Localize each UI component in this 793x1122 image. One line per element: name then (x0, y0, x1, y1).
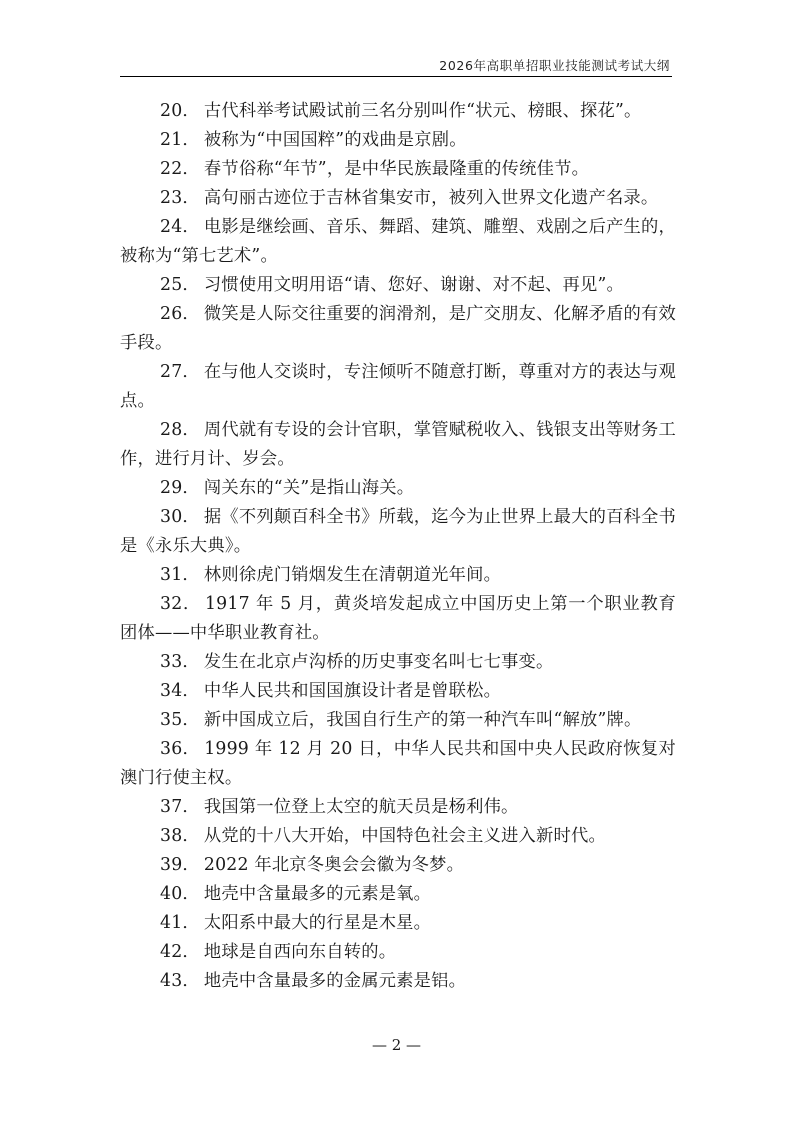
page-number: — 2 — (0, 1036, 793, 1054)
list-item: 24．电影是继绘画、音乐、舞蹈、建筑、雕塑、戏剧之后产生的，被称为“第七艺术”。 (120, 213, 676, 271)
list-item: 28．周代就有专设的会计官职，掌管赋税收入、钱银支出等财务工作，进行月计、岁会。 (120, 416, 676, 474)
item-number: 40． (160, 884, 200, 904)
list-item: 22．春节俗称“年节”，是中华民族最隆重的传统佳节。 (120, 155, 676, 184)
list-item: 34．中华人民共和国国旗设计者是曾联松。 (120, 677, 676, 706)
page-header: 2026年高职单招职业技能测试考试大纲 (120, 54, 672, 77)
list-item: 42．地球是自西向东自转的。 (120, 938, 676, 967)
list-item: 36．1999 年 12 月 20 日，中华人民共和国中央人民政府恢复对澳门行使… (120, 735, 676, 793)
item-number: 36． (160, 739, 200, 759)
item-text: 在与他人交谈时，专注倾听不随意打断，尊重对方的表达与观点。 (120, 362, 676, 411)
item-text: 太阳系中最大的行星是木星。 (204, 913, 431, 933)
item-text: 地壳中含量最多的元素是氧。 (204, 884, 431, 904)
item-number: 23． (160, 188, 200, 208)
list-item: 39．2022 年北京冬奥会会徽为冬梦。 (120, 851, 676, 880)
item-text: 习惯使用文明用语“请、您好、谢谢、对不起、再见”。 (204, 275, 624, 295)
item-text: 微笑是人际交往重要的润滑剂，是广交朋友、化解矛盾的有效手段。 (120, 304, 676, 353)
list-item: 27．在与他人交谈时，专注倾听不随意打断，尊重对方的表达与观点。 (120, 358, 676, 416)
item-number: 32． (160, 594, 201, 614)
item-text: 春节俗称“年节”，是中华民族最隆重的传统佳节。 (204, 159, 589, 179)
item-text: 周代就有专设的会计官职，掌管赋税收入、钱银支出等财务工作，进行月计、岁会。 (120, 420, 676, 469)
list-item: 37．我国第一位登上太空的航天员是杨利伟。 (120, 793, 676, 822)
item-number: 35． (160, 710, 200, 730)
item-number: 43． (160, 971, 200, 991)
item-text: 高句丽古迹位于吉林省集安市，被列入世界文化遗产名录。 (204, 188, 659, 208)
item-text: 地球是自西向东自转的。 (204, 942, 396, 962)
item-number: 24． (160, 217, 200, 237)
list-item: 26．微笑是人际交往重要的润滑剂，是广交朋友、化解矛盾的有效手段。 (120, 300, 676, 358)
item-text: 林则徐虎门销烟发生在清朝道光年间。 (204, 565, 501, 585)
list-item: 30．据《不列颠百科全书》所载，迄今为止世界上最大的百科全书是《永乐大典》。 (120, 503, 676, 561)
list-item: 33．发生在北京卢沟桥的历史事变名叫七七事变。 (120, 648, 676, 677)
list-item: 29．闯关东的“关”是指山海关。 (120, 474, 676, 503)
item-number: 20． (160, 101, 200, 121)
item-number: 22． (160, 159, 200, 179)
item-text: 我国第一位登上太空的航天员是杨利伟。 (204, 797, 519, 817)
item-number: 31． (160, 565, 200, 585)
item-text: 中华人民共和国国旗设计者是曾联松。 (204, 681, 501, 701)
item-number: 39． (160, 855, 200, 875)
item-text: 新中国成立后，我国自行生产的第一种汽车叫“解放”牌。 (204, 710, 642, 730)
item-text: 电影是继绘画、音乐、舞蹈、建筑、雕塑、戏剧之后产生的，被称为“第七艺术”。 (120, 217, 676, 266)
item-number: 27． (160, 362, 200, 382)
list-item: 25．习惯使用文明用语“请、您好、谢谢、对不起、再见”。 (120, 271, 676, 300)
item-text: 地壳中含量最多的金属元素是铝。 (204, 971, 466, 991)
list-item: 31．林则徐虎门销烟发生在清朝道光年间。 (120, 561, 676, 590)
item-number: 21． (160, 130, 200, 150)
item-number: 30． (160, 507, 200, 527)
list-item: 23．高句丽古迹位于吉林省集安市，被列入世界文化遗产名录。 (120, 184, 676, 213)
list-item: 40．地壳中含量最多的元素是氧。 (120, 880, 676, 909)
item-number: 42． (160, 942, 200, 962)
item-text: 被称为“中国国粹”的戏曲是京剧。 (204, 130, 467, 150)
header-title: 2026年高职单招职业技能测试考试大纲 (439, 56, 670, 74)
item-number: 38． (160, 826, 200, 846)
document-body: 20．古代科举考试殿试前三名分别叫作“状元、榜眼、探花”。 21．被称为“中国国… (120, 97, 676, 996)
item-text: 2022 年北京冬奥会会徽为冬梦。 (204, 855, 464, 875)
item-text: 从党的十八大开始，中国特色社会主义进入新时代。 (204, 826, 606, 846)
list-item: 35．新中国成立后，我国自行生产的第一种汽车叫“解放”牌。 (120, 706, 676, 735)
item-text: 1917 年 5 月，黄炎培发起成立中国历史上第一个职业教育团体——中华职业教育… (120, 594, 676, 643)
item-text: 古代科举考试殿试前三名分别叫作“状元、榜眼、探花”。 (204, 101, 642, 121)
item-number: 29． (160, 478, 200, 498)
list-item: 32．1917 年 5 月，黄炎培发起成立中国历史上第一个职业教育团体——中华职… (120, 590, 676, 648)
item-number: 34． (160, 681, 200, 701)
list-item: 41．太阳系中最大的行星是木星。 (120, 909, 676, 938)
item-text: 发生在北京卢沟桥的历史事变名叫七七事变。 (204, 652, 554, 672)
list-item: 21．被称为“中国国粹”的戏曲是京剧。 (120, 126, 676, 155)
list-item: 20．古代科举考试殿试前三名分别叫作“状元、榜眼、探花”。 (120, 97, 676, 126)
item-text: 据《不列颠百科全书》所载，迄今为止世界上最大的百科全书是《永乐大典》。 (120, 507, 676, 556)
item-number: 33． (160, 652, 200, 672)
item-text: 闯关东的“关”是指山海关。 (204, 478, 414, 498)
item-number: 28． (160, 420, 200, 440)
list-item: 38．从党的十八大开始，中国特色社会主义进入新时代。 (120, 822, 676, 851)
item-number: 41． (160, 913, 200, 933)
item-number: 25． (160, 275, 200, 295)
item-text: 1999 年 12 月 20 日，中华人民共和国中央人民政府恢复对澳门行使主权。 (120, 739, 676, 788)
list-item: 43．地壳中含量最多的金属元素是铝。 (120, 967, 676, 996)
item-number: 26． (160, 304, 200, 324)
item-number: 37． (160, 797, 200, 817)
